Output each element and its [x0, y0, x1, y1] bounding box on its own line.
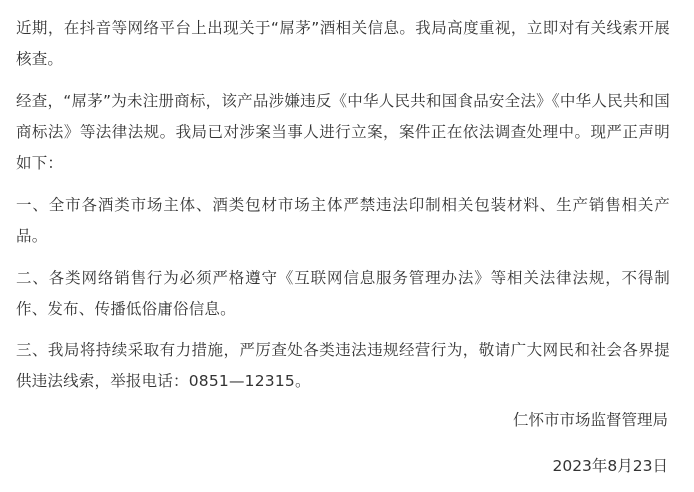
signature-date: 2023年8月23日: [552, 451, 668, 482]
signature-organization: 仁怀市市场监督管理局: [513, 405, 668, 436]
paragraph-intro: 近期，在抖音等网络平台上出现关于“屌茅”酒相关信息。我局高度重视，立即对有关线索…: [16, 13, 670, 75]
paragraph-investigation: 经查，“屌茅”为未注册商标，该产品涉嫌违反《中华人民共和国食品安全法》《中华人民…: [16, 86, 670, 179]
paragraph-item-3: 三、我局将持续采取有力措施，严厉查处各类违法违规经营行为，敬请广大网民和社会各界…: [16, 335, 670, 397]
paragraph-item-2: 二、各类网络销售行为必须严格遵守《互联网信息服务管理办法》等相关法律法规，不得制…: [16, 263, 670, 325]
paragraph-item-1: 一、全市各酒类市场主体、酒类包材市场主体严禁违法印制相关包装材料、生产销售相关产…: [16, 190, 670, 252]
